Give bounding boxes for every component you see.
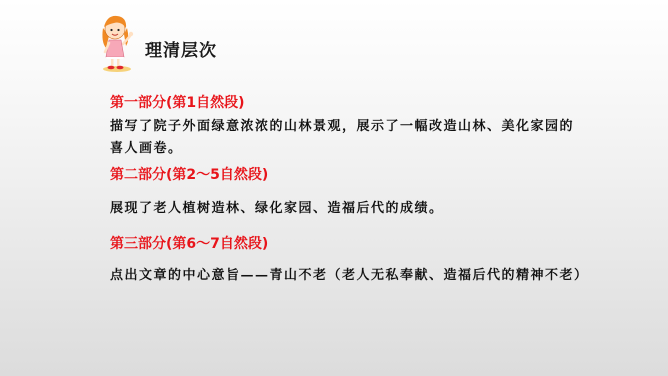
section-body-1: 描写了院子外面绿意浓浓的山林景观，展示了一幅改造山林、美化家园的喜人画卷。 — [110, 116, 580, 160]
section-body-3: 点出文章的中心意旨——青山不老（老人无私奉献、造福后代的精神不老） — [110, 265, 630, 287]
section-heading-3: 第三部分(第6～7自然段) — [110, 233, 268, 253]
section-body-2: 展现了老人植树造林、绿化家园、造福后代的成绩。 — [110, 198, 580, 220]
section-heading-1: 第一部分(第1自然段) — [110, 92, 245, 112]
page-title: 理清层次 — [145, 36, 217, 61]
girl-waving-icon — [97, 12, 137, 74]
section-heading-2: 第二部分(第2～5自然段) — [110, 164, 268, 184]
